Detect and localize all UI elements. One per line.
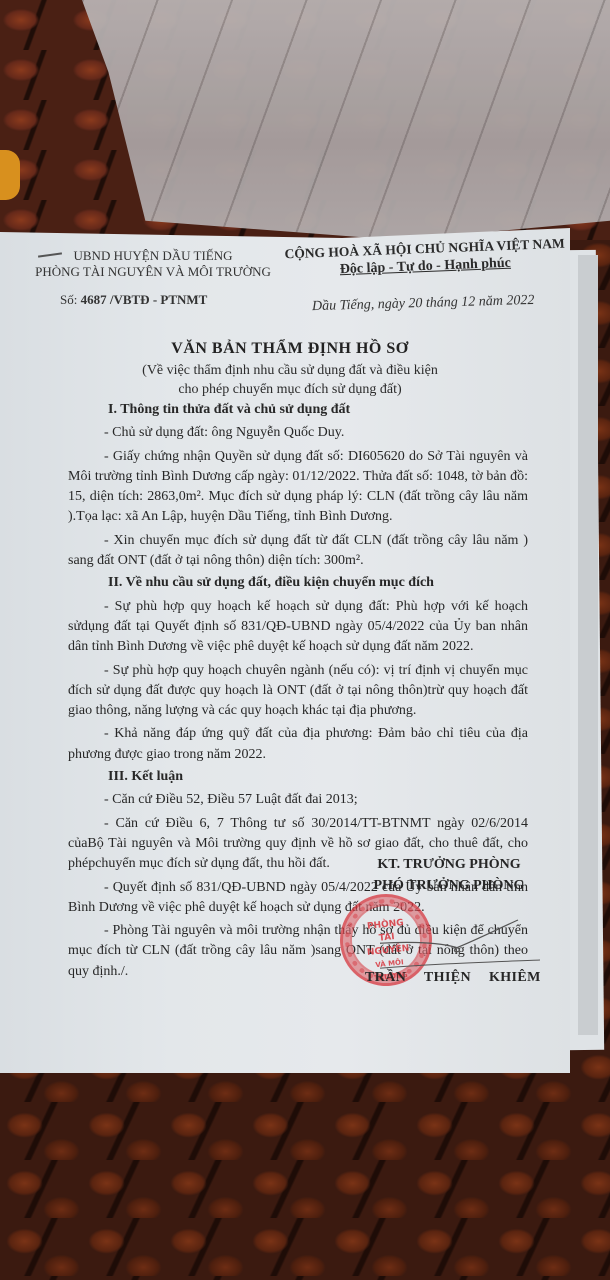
number-label: Số: [60,292,77,307]
paragraph: - Khả năng đáp ứng quỹ đất của địa phươn… [68,724,528,765]
paragraph: - Sự phù hợp quy hoạch chuyên ngành (nếu… [68,661,528,722]
paragraph: - Chủ sử dụng đất: ông Nguyễn Quốc Duy. [68,423,528,443]
paragraph: - Căn cứ Điều 52, Điều 57 Luật đất đai 2… [68,790,528,810]
national-header: CỘNG HOÀ XÃ HỘI CHỦ NGHĨA VIỆT NAM Độc l… [279,234,570,281]
plastic-sleeve [82,0,610,240]
paragraph: - Sự phù hợp quy hoạch kế hoạch sử dụng … [68,597,528,658]
signature-block: KT. TRƯỞNG PHÒNG PHÓ TRƯỞNG PHÒNG [344,854,554,896]
document-title: VĂN BẢN THẨM ĐỊNH HỒ SƠ [60,340,520,358]
section-heading: III. Kết luận [68,767,528,787]
yellow-mat-tile [0,150,20,200]
document-number: Số: 4687 /VBTĐ - PTNMT [60,292,207,308]
signer-name: TRẦN THIỆN KHIÊM [365,970,541,986]
document-subtitle: (Về việc thẩm định nhu cầu sử dụng đất v… [60,361,520,399]
subtitle-line: cho phép chuyển mục đích sử dụng đất) [60,380,520,399]
section-heading: I. Thông tin thửa đất và chủ sử dụng đất [68,400,528,420]
section-heading: II. Về nhu cầu sử dụng đất, điều kiện ch… [68,573,528,593]
paragraph: - Giấy chứng nhận Quyền sử dụng đất số: … [68,447,528,528]
document: UBND HUYỆN DẦU TIẾNG PHÒNG TÀI NGUYÊN VÀ… [0,228,560,1073]
issuing-agency: UBND HUYỆN DẦU TIẾNG PHÒNG TÀI NGUYÊN VÀ… [28,248,278,280]
agency-name: PHÒNG TÀI NGUYÊN VÀ MÔI TRƯỜNG [28,264,278,280]
number-value: 4687 /VBTĐ - PTNMT [81,292,208,307]
signature-title: KT. TRƯỞNG PHÒNG [344,854,554,875]
subtitle-line: (Về việc thẩm định nhu cầu sử dụng đất v… [60,361,520,380]
agency-parent: UBND HUYỆN DẦU TIẾNG [28,248,278,264]
place-date: Dầu Tiếng, ngày 20 tháng 12 năm 2022 [312,293,535,315]
signature-role: PHÓ TRƯỞNG PHÒNG [344,875,554,896]
paper-stack-shadow [578,255,598,1035]
paragraph: - Xin chuyển mục đích sử dụng đất từ đất… [68,531,528,572]
